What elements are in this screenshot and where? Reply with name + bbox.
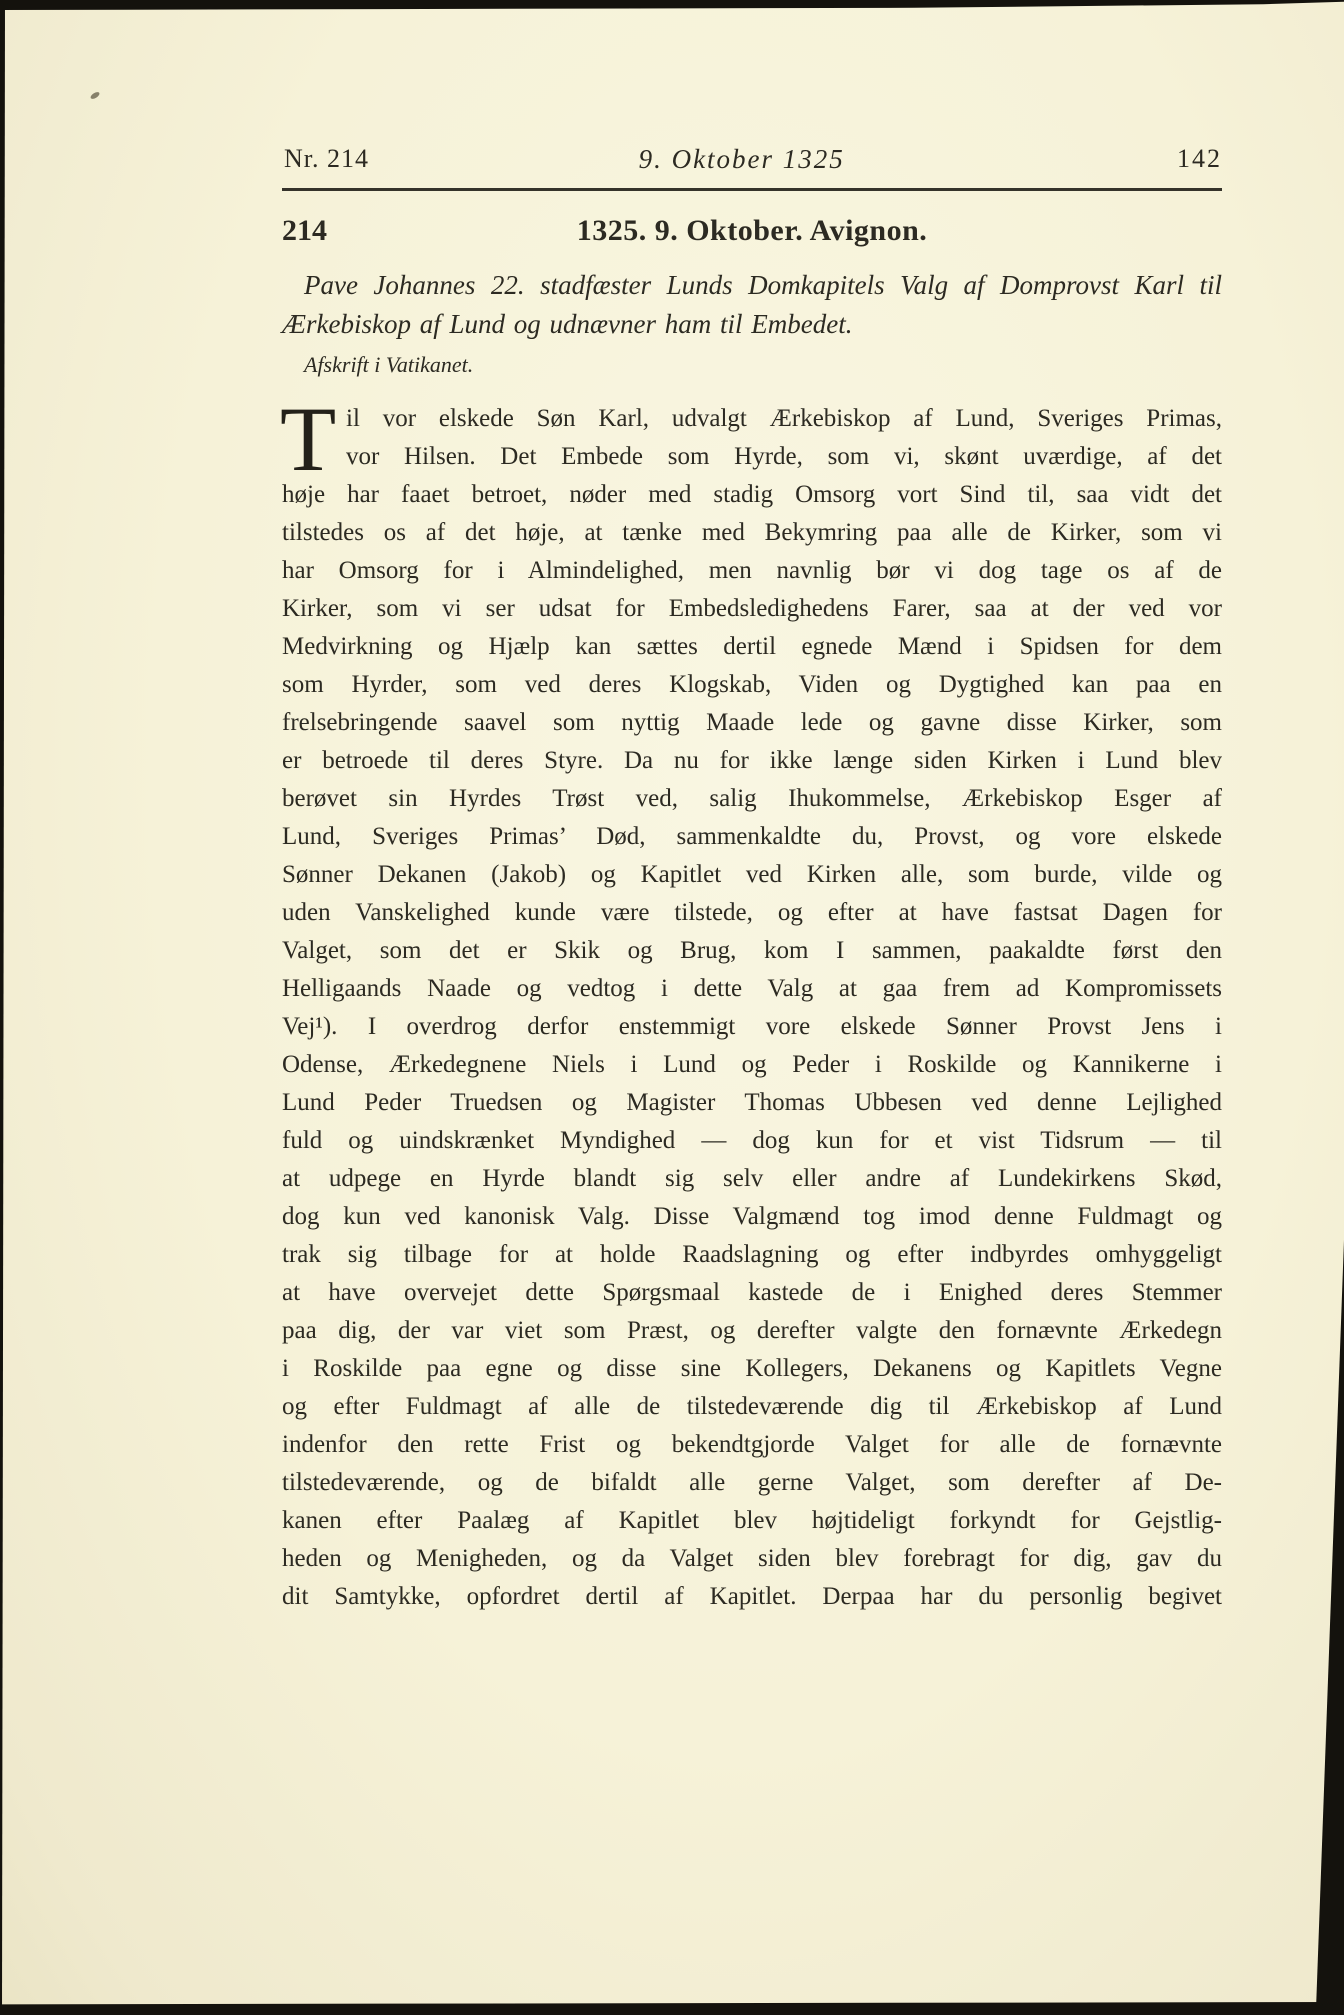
regest-line: Ærkebiskop af Lund og udnævner ham til E… bbox=[282, 305, 1222, 344]
body-line: il vor elskede Søn Karl, udvalgt Ærkebis… bbox=[282, 400, 1222, 438]
body-line: Lund, Sveriges Primas’ Død, sammenkaldte… bbox=[282, 818, 1222, 856]
body-text: T il vor elskede Søn Karl, udvalgt Ærkeb… bbox=[282, 400, 1222, 1616]
body-line: frelsebringende saavel som nyttig Maade … bbox=[282, 704, 1222, 742]
body-line: Kirker, som vi ser udsat for Embedsledig… bbox=[282, 590, 1222, 628]
body-line: paa dig, der var viet som Præst, og dere… bbox=[282, 1312, 1222, 1350]
regest-summary: Pave Johannes 22. stadfæster Lunds Domka… bbox=[282, 266, 1222, 344]
scanned-book-page: Nr. 214 9. Oktober 1325 142 214 1325. 9.… bbox=[0, 0, 1344, 2015]
page-number: 142 bbox=[1177, 144, 1222, 174]
body-line: som Hyrder, som ved deres Klogskab, Vide… bbox=[282, 666, 1222, 704]
running-head-date: 9. Oktober 1325 bbox=[639, 144, 845, 175]
running-head-entry-number: Nr. 214 bbox=[284, 144, 369, 174]
body-line: Medvirkning og Hjælp kan sættes dertil e… bbox=[282, 628, 1222, 666]
scan-edge-left bbox=[0, 0, 6, 2015]
body-line: Helligaands Naade og vedtog i dette Valg… bbox=[282, 970, 1222, 1008]
entry-dateline: 1325. 9. Oktober. Avignon. bbox=[577, 214, 928, 248]
entry-heading: 214 1325. 9. Oktober. Avignon. bbox=[282, 214, 1222, 250]
body-line: at udpege en Hyrde blandt sig selv eller… bbox=[282, 1160, 1222, 1198]
body-line: indenfor den rette Frist og bekendtgjord… bbox=[282, 1426, 1222, 1464]
body-line: tilstedeværende, og de bifaldt alle gern… bbox=[282, 1464, 1222, 1502]
body-line: Odense, Ærkedegnene Niels i Lund og Pede… bbox=[282, 1046, 1222, 1084]
body-line: berøvet sin Hyrdes Trøst ved, salig Ihuk… bbox=[282, 780, 1222, 818]
header-rule bbox=[282, 188, 1222, 191]
source-note: Afskrift i Vatikanet. bbox=[282, 352, 1222, 378]
running-head: Nr. 214 9. Oktober 1325 142 bbox=[282, 144, 1222, 178]
body-line: uden Vanskelighed kunde være tilstede, o… bbox=[282, 894, 1222, 932]
body-line: at have overvejet dette Spørgsmaal kaste… bbox=[282, 1274, 1222, 1312]
body-line: Vej¹). I overdrog derfor enstemmigt vore… bbox=[282, 1008, 1222, 1046]
body-line: og efter Fuldmagt af alle de tilstedevær… bbox=[282, 1388, 1222, 1426]
entry-number: 214 bbox=[282, 214, 327, 248]
body-line: trak sig tilbage for at holde Raadslagni… bbox=[282, 1236, 1222, 1274]
regest-line: Pave Johannes 22. stadfæster Lunds Domka… bbox=[282, 266, 1222, 305]
drop-cap: T bbox=[280, 400, 336, 478]
body-line: har Omsorg for i Almindelighed, men navn… bbox=[282, 552, 1222, 590]
body-line: dog kun ved kanonisk Valg. Disse Valgmæn… bbox=[282, 1198, 1222, 1236]
scan-edge-right bbox=[1314, 1240, 1344, 2015]
body-line: Sønner Dekanen (Jakob) og Kapitlet ved K… bbox=[282, 856, 1222, 894]
body-line: kanen efter Paalæg af Kapitlet blev højt… bbox=[282, 1502, 1222, 1540]
body-line: Lund Peder Truedsen og Magister Thomas U… bbox=[282, 1084, 1222, 1122]
body-line: i Roskilde paa egne og disse sine Kolleg… bbox=[282, 1350, 1222, 1388]
paper-speck bbox=[89, 91, 100, 101]
body-line: fuld og uindskrænket Myndighed — dog kun… bbox=[282, 1122, 1222, 1160]
type-area: Nr. 214 9. Oktober 1325 142 214 1325. 9.… bbox=[282, 0, 1222, 2015]
body-line: dit Samtykke, opfordret dertil af Kapitl… bbox=[282, 1578, 1222, 1616]
body-line: er betroede til deres Styre. Da nu for i… bbox=[282, 742, 1222, 780]
body-line: tilstedes os af det høje, at tænke med B… bbox=[282, 514, 1222, 552]
body-line: Valget, som det er Skik og Brug, kom I s… bbox=[282, 932, 1222, 970]
body-line: heden og Menigheden, og da Valget siden … bbox=[282, 1540, 1222, 1578]
body-line: høje har faaet betroet, nøder med stadig… bbox=[282, 476, 1222, 514]
body-line: vor Hilsen. Det Embede som Hyrde, som vi… bbox=[282, 438, 1222, 476]
